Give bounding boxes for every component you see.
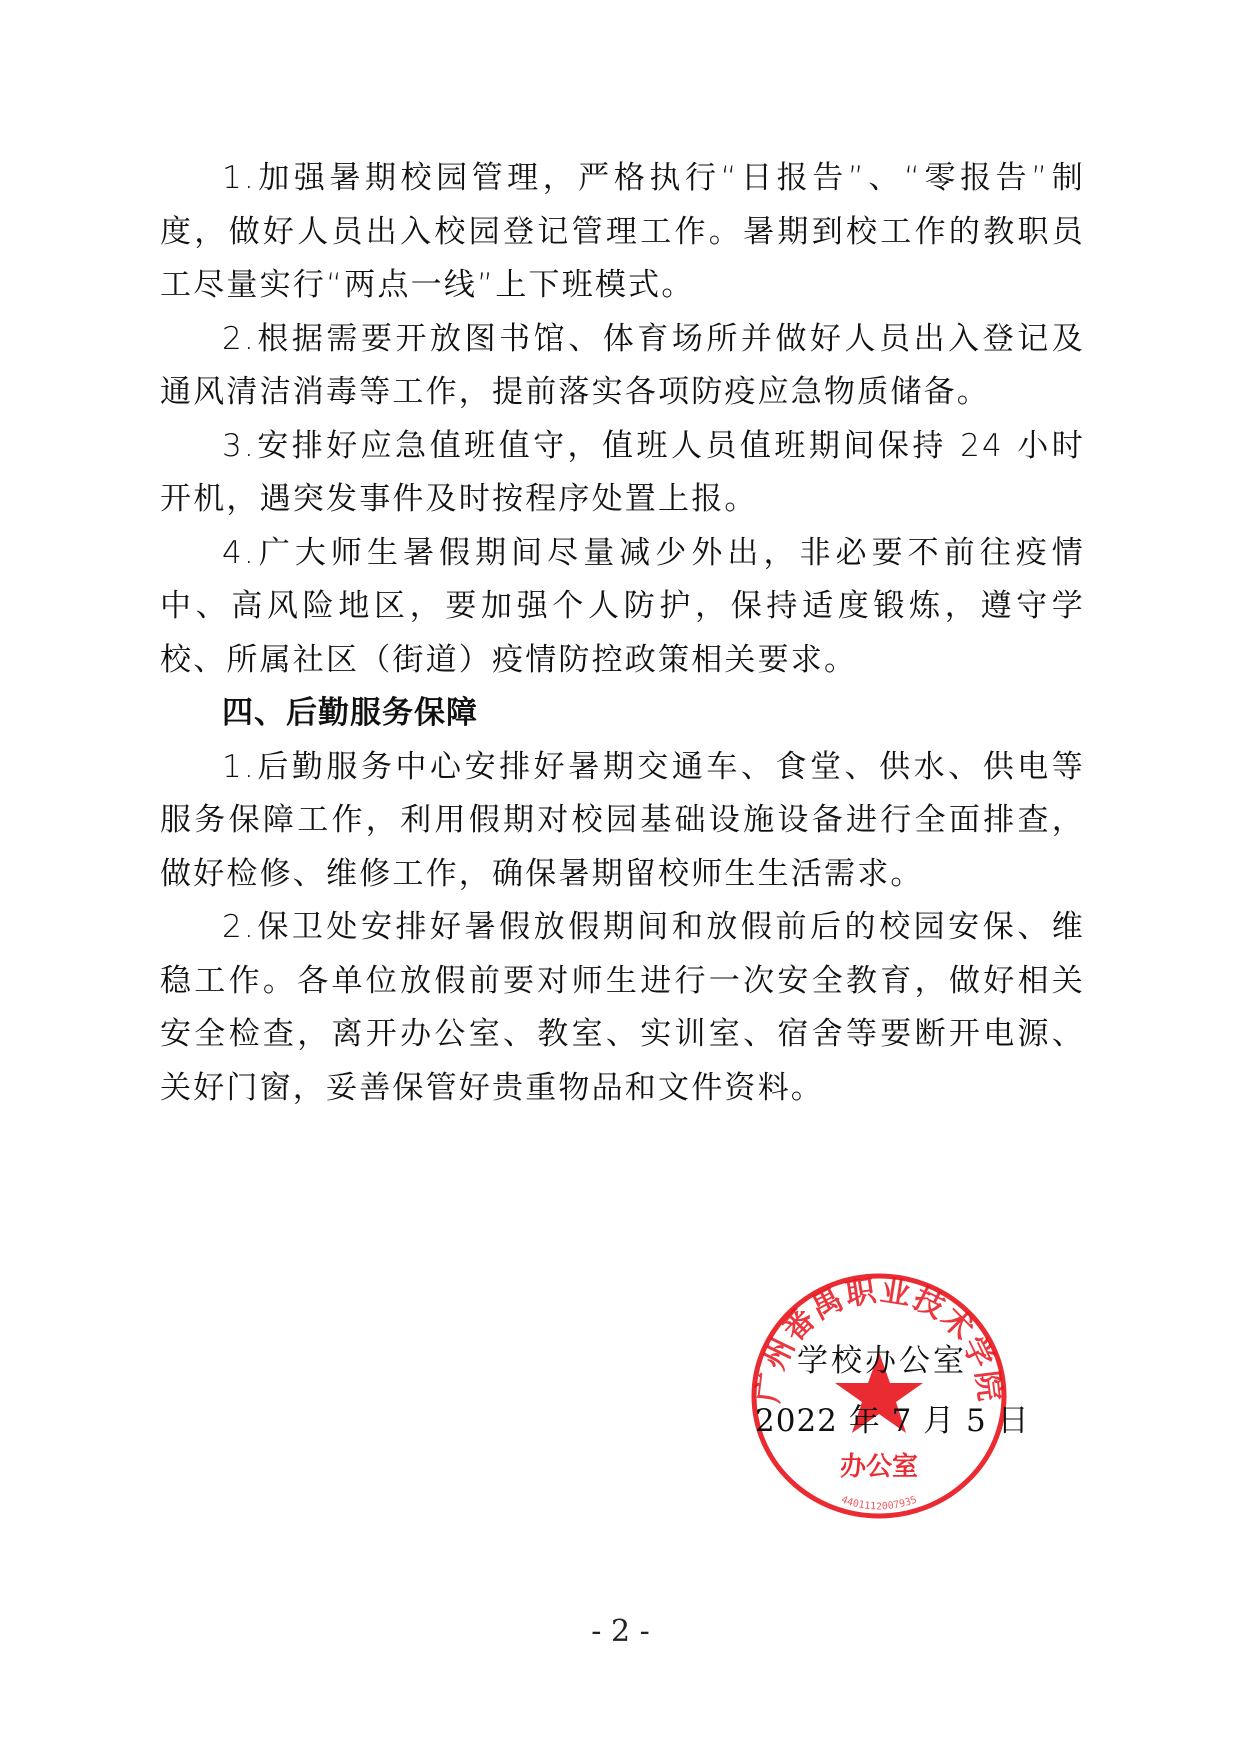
signature-organization: 学校办公室 [797,1335,967,1380]
seal-center-text: 办公室 [840,1452,918,1482]
paragraph-logistics-item-2: 2.保卫处安排好暑假放假期间和放假前后的校园安保、维稳工作。各单位放假前要对师生… [160,901,1085,1115]
seal-serial-text: 4401112007935 [840,1494,919,1512]
document-page: 1.加强暑期校园管理，严格执行“日报告”、“零报告”制度，做好人员出入校园登记管… [0,0,1241,1754]
paragraph-logistics-item-1: 1.后勤服务中心安排好暑期交通车、食堂、供水、供电等服务保障工作，利用假期对校园… [160,741,1085,902]
paragraph-item-3-duty-shift: 3.安排好应急值班值守，值班人员值班期间保持 24 小时开机，遇突发事件及时按程… [160,420,1085,527]
paragraph-item-1-campus-management: 1.加强暑期校园管理，严格执行“日报告”、“零报告”制度，做好人员出入校园登记管… [160,152,1085,313]
svg-text:4401112007935: 4401112007935 [840,1494,919,1512]
signature-date: 2022 年 7 月 5 日 [755,1395,1030,1440]
section-heading-logistics: 四、后勤服务保障 [160,687,1085,741]
document-body: 1.加强暑期校园管理，严格执行“日报告”、“零报告”制度，做好人员出入校园登记管… [160,152,1085,1115]
paragraph-item-2-library-sports: 2.根据需要开放图书馆、体育场所并做好人员出入登记及通风清洁消毒等工作，提前落实… [160,313,1085,420]
paragraph-item-4-travel-advice: 4.广大师生暑假期间尽量减少外出，非必要不前往疫情中、高风险地区，要加强个人防护… [160,527,1085,688]
page-number: - 2 - [0,1614,1241,1649]
